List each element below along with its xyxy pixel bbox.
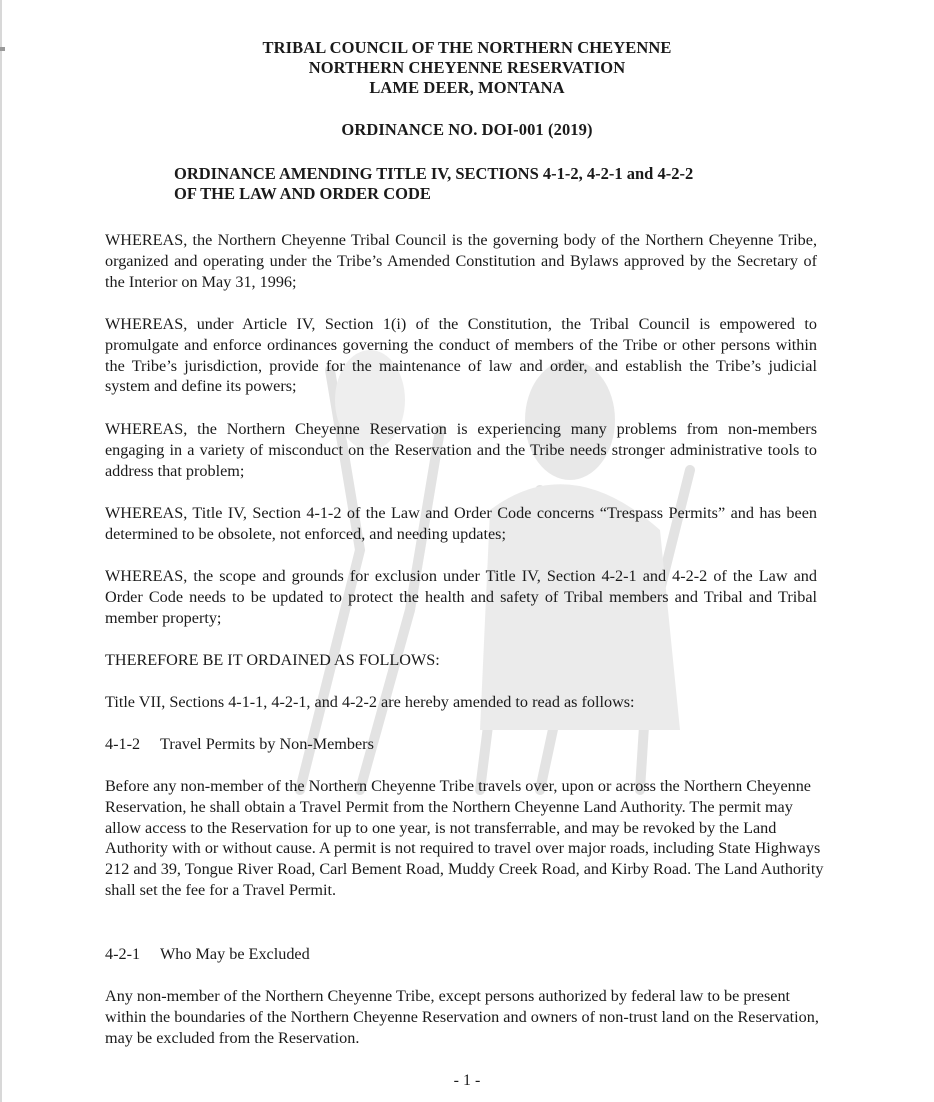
- ordinance-title: ORDINANCE AMENDING TITLE IV, SECTIONS 4-…: [174, 164, 693, 204]
- header-line-2: NORTHERN CHEYENNE RESERVATION: [0, 58, 934, 78]
- ordained-clause: THEREFORE BE IT ORDAINED AS FOLLOWS:: [105, 650, 817, 671]
- header-line-3: LAME DEER, MONTANA: [0, 78, 934, 98]
- amendment-intro: Title VII, Sections 4-1-1, 4-2-1, and 4-…: [105, 692, 817, 713]
- section-body-4-1-2: Before any non-member of the Northern Ch…: [105, 776, 825, 901]
- ordinance-number: ORDINANCE NO. DOI-001 (2019): [0, 120, 934, 140]
- ordinance-title-line-2: OF THE LAW AND ORDER CODE: [174, 184, 693, 204]
- section-title: Travel Permits by Non-Members: [160, 735, 374, 753]
- header-line-1: TRIBAL COUNCIL OF THE NORTHERN CHEYENNE: [0, 38, 934, 58]
- section-number: 4-1-2: [105, 734, 160, 755]
- section-number: 4-2-1: [105, 944, 160, 965]
- recital-3: WHEREAS, the Northern Cheyenne Reservati…: [105, 419, 817, 481]
- section-body-4-2-1: Any non-member of the Northern Cheyenne …: [105, 986, 825, 1048]
- ordinance-page: TRIBAL COUNCIL OF THE NORTHERN CHEYENNE …: [0, 0, 934, 1102]
- section-title: Who May be Excluded: [160, 945, 310, 963]
- section-heading-4-2-1: 4-2-1Who May be Excluded: [105, 944, 817, 965]
- recital-4: WHEREAS, Title IV, Section 4-1-2 of the …: [105, 503, 817, 545]
- page-number: - 1 -: [0, 1072, 934, 1090]
- recital-5: WHEREAS, the scope and grounds for exclu…: [105, 566, 817, 628]
- recital-1: WHEREAS, the Northern Cheyenne Tribal Co…: [105, 230, 817, 292]
- recital-2: WHEREAS, under Article IV, Section 1(i) …: [105, 314, 817, 397]
- ordinance-title-line-1: ORDINANCE AMENDING TITLE IV, SECTIONS 4-…: [174, 164, 693, 184]
- section-heading-4-1-2: 4-1-2Travel Permits by Non-Members: [105, 734, 817, 755]
